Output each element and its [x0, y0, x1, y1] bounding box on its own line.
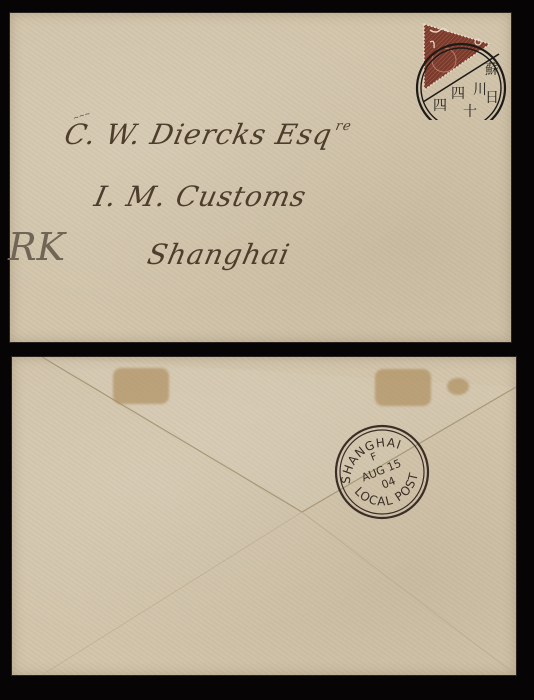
envelope-back	[11, 356, 517, 676]
glue-stain-right	[375, 369, 431, 406]
address-line-office: I. M. Customs	[91, 180, 309, 213]
address-suffix: re	[334, 119, 353, 134]
svg-text:四: 四	[451, 86, 465, 102]
envelope-flap-folds	[12, 357, 516, 675]
svg-text:十: 十	[463, 104, 477, 120]
shanghai-local-post-postmark: SHANGHAI LOCAL POST F AUG 15 04	[332, 422, 432, 522]
pencil-margin-note: RK	[8, 225, 65, 269]
svg-text:日: 日	[485, 90, 499, 106]
chinese-postmark-front: 蘇 川 四 四 十 日	[403, 40, 508, 120]
glue-stain-small	[447, 378, 469, 395]
address-name-text: C. W. Diercks Esq	[61, 118, 335, 151]
address-line-name: C. W. Diercks Esqre	[61, 118, 353, 151]
svg-text:四: 四	[433, 98, 447, 114]
glue-stain-left	[113, 368, 169, 404]
postmark-letter: F	[369, 451, 379, 463]
svg-text:蘇: 蘇	[485, 61, 499, 78]
address-line-city: Shanghai	[144, 238, 293, 271]
